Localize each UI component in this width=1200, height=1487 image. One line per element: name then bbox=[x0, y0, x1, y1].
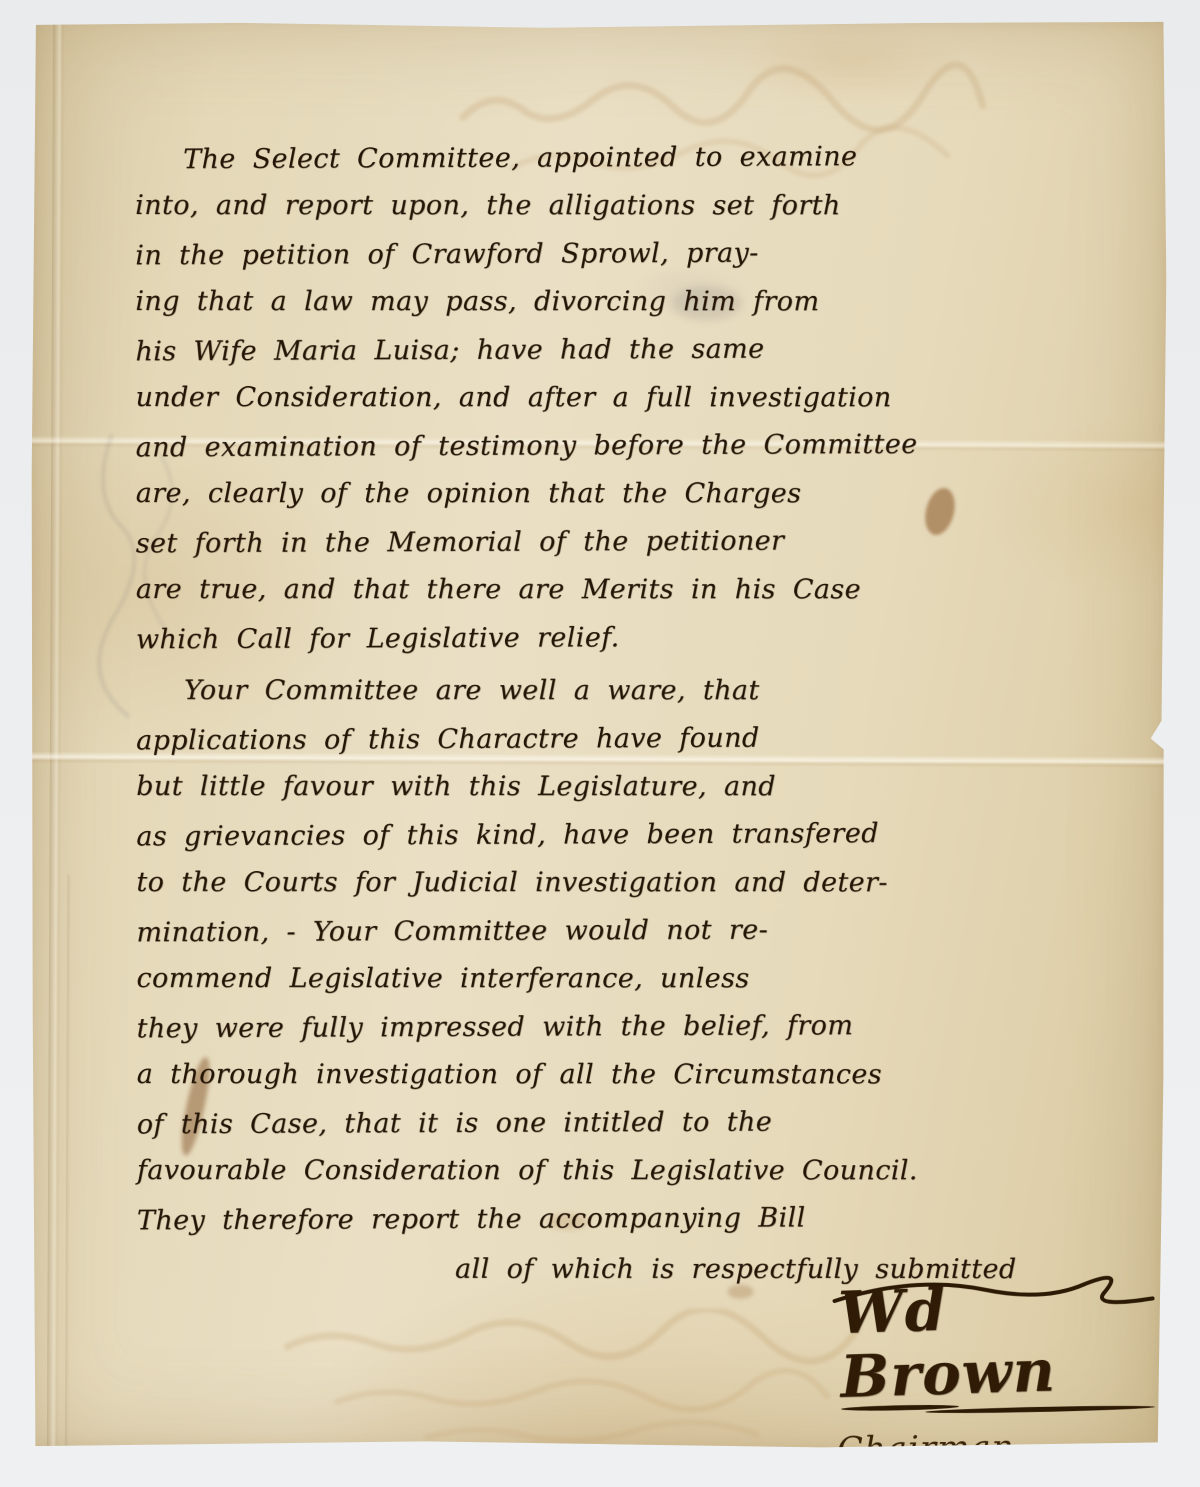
manuscript-line: The Select Committee, appointed to exami… bbox=[135, 132, 1135, 184]
manuscript-body: The Select Committee, appointed to exami… bbox=[135, 133, 1137, 1295]
manuscript-line: favourable Consideration of this Legisla… bbox=[137, 1147, 1137, 1195]
manuscript-line: set forth in the Memorial of the petitio… bbox=[136, 516, 1136, 568]
manuscript-line: under Consideration, and after a full in… bbox=[136, 374, 1136, 422]
manuscript-line: which Call for Legislative relief. bbox=[136, 612, 1136, 664]
manuscript-line: ing that a law may pass, divorcing him f… bbox=[135, 278, 1135, 326]
manuscript-line: and examination of testimony before the … bbox=[136, 420, 1136, 472]
paper-sheet: The Select Committee, appointed to exami… bbox=[27, 16, 1169, 1453]
scan-background: The Select Committee, appointed to exami… bbox=[0, 0, 1200, 1487]
manuscript-line: mination, - Your Committee would not re- bbox=[136, 905, 1136, 957]
manuscript-line: are true, and that there are Merits in h… bbox=[136, 566, 1136, 614]
brush-stroke-flourish bbox=[959, 1446, 1200, 1478]
manuscript-line: applications of this Charactre have foun… bbox=[136, 713, 1136, 765]
manuscript-line: in the petition of Crawford Sprowl, pray… bbox=[135, 228, 1135, 280]
manuscript-line: his Wife Maria Luisa; have had the same bbox=[135, 324, 1135, 376]
manuscript-line: of this Case, that it is one intitled to… bbox=[137, 1097, 1137, 1149]
manuscript-line: They therefore report the accompanying B… bbox=[137, 1193, 1137, 1245]
manuscript-line: into, and report upon, the alligations s… bbox=[135, 182, 1135, 230]
manuscript-line: are, clearly of the opinion that the Cha… bbox=[136, 470, 1136, 518]
signature-block: Wd Brown Chairman bbox=[839, 1275, 1180, 1470]
manuscript-line: they were fully impressed with the belie… bbox=[137, 1001, 1137, 1053]
signature-title: Chairman bbox=[837, 1426, 1179, 1470]
manuscript-line: a thorough investigation of all the Circ… bbox=[137, 1051, 1137, 1099]
manuscript-line: commend Legislative interferance, unless bbox=[137, 955, 1137, 1003]
signature-name: Wd Brown bbox=[837, 1271, 1181, 1409]
manuscript-line: but little favour with this Legislature,… bbox=[136, 763, 1136, 811]
manuscript-line: as grievancies of this kind, have been t… bbox=[136, 809, 1136, 861]
manuscript-line: Your Committee are well a ware, that bbox=[136, 667, 1136, 715]
manuscript-line: to the Courts for Judicial investigation… bbox=[136, 859, 1136, 907]
